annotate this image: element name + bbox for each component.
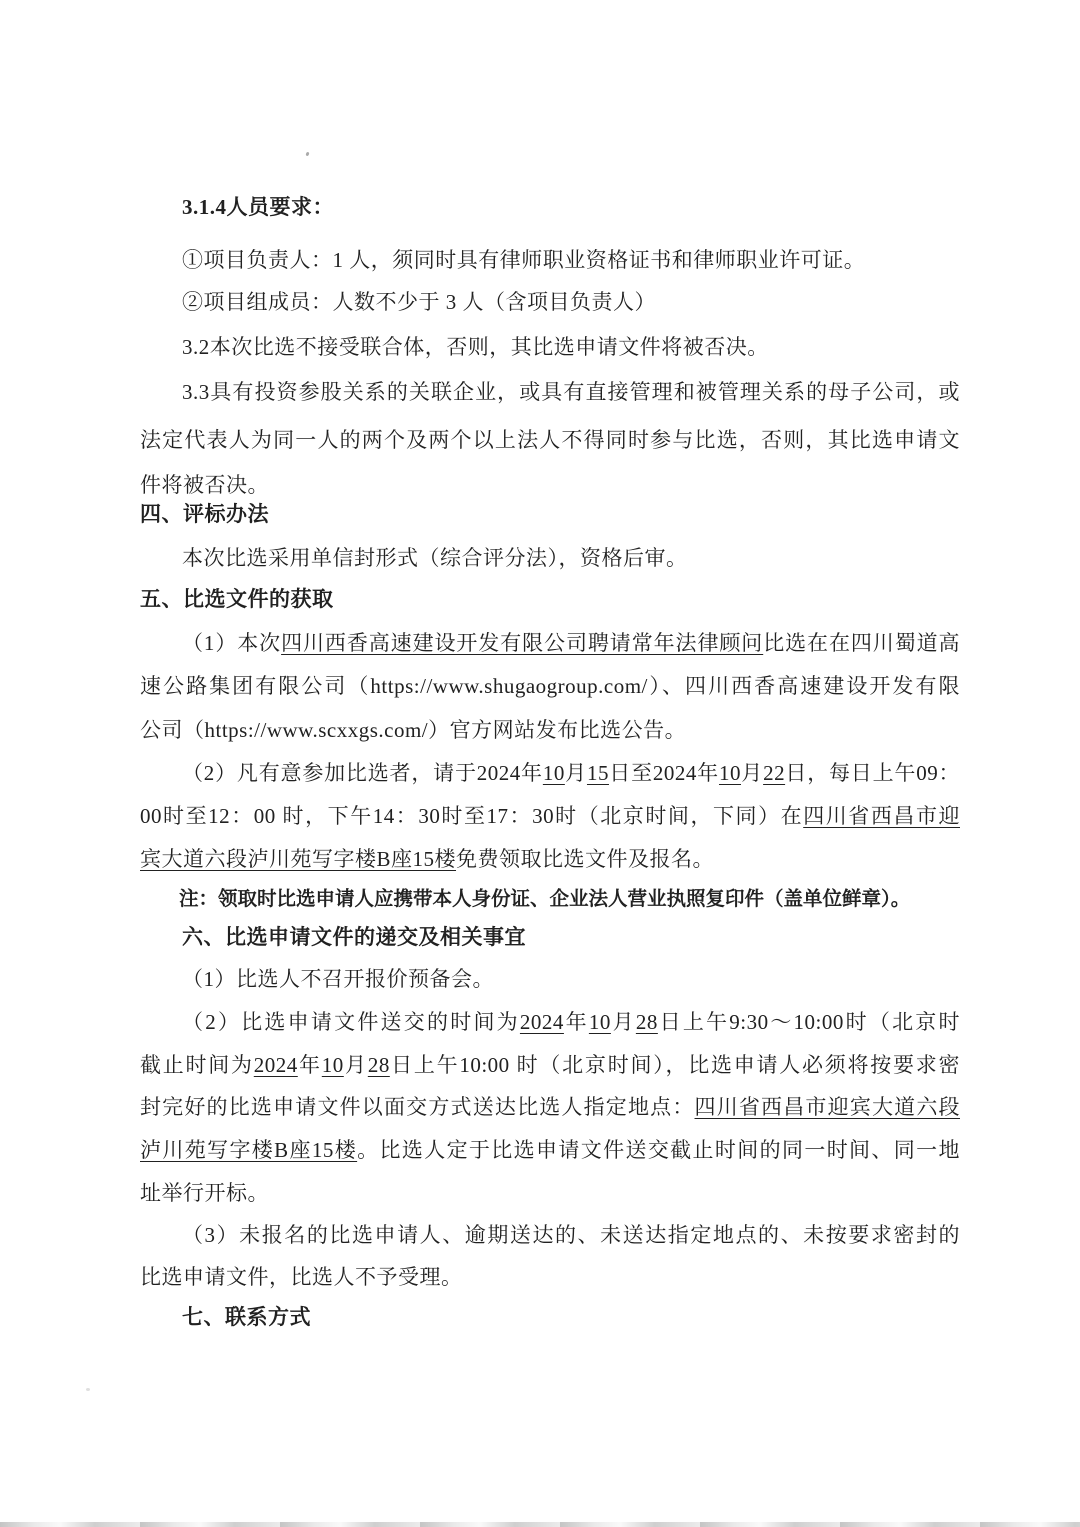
text-run: 。比选人定于比选申请文件送交截止时间的同一时间、同一地 xyxy=(357,1138,960,1162)
section-6-item-2-line2: 截止时间为2024年10月28日上午10:00 时（北京时间），比选申请人必须将… xyxy=(140,1044,960,1087)
text-run: （2）比选申请文件送交的时间为 xyxy=(182,1010,520,1034)
underlined-text-run: 10 xyxy=(322,1053,344,1077)
text-run: 日至2024年 xyxy=(609,761,719,785)
text-run: 月 xyxy=(611,1010,636,1034)
section-5-item-2-line3: 宾大道六段泸川苑写字楼B座15楼免费领取比选文件及报名。 xyxy=(140,838,960,881)
text-run: 3.2本次比选不接受联合体，否则，其比选申请文件将被否决。 xyxy=(182,335,769,359)
note-line: 注：领取时比选申请人应携带本人身份证、企业法人营业执照复印件（盖单位鲜章）。 xyxy=(140,878,960,921)
heading-3-1-4: 3.1.4人员要求： xyxy=(140,186,960,229)
text-run: 址举行开标。 xyxy=(140,1181,269,1205)
underlined-text-run: 2024 xyxy=(520,1010,564,1034)
text-run: 月 xyxy=(565,761,587,785)
underlined-text-run: 四川省西昌市迎宾大道六段 xyxy=(695,1095,960,1119)
text-run: 截止时间为 xyxy=(140,1053,254,1077)
scan-artifact-speck xyxy=(305,152,309,157)
text-run: （2）凡有意参加比选者，请于2024年 xyxy=(182,761,543,785)
underlined-text-run: 泸川苑写字楼B座15楼 xyxy=(140,1138,357,1162)
text-run: 3.1.4人员要求： xyxy=(182,195,334,219)
text-run: 月 xyxy=(741,761,763,785)
text-run: 四、评标办法 xyxy=(140,502,269,526)
document-body: 3.1.4人员要求：①项目负责人：1 人，须同时具有律师职业资格证书和律师职业许… xyxy=(140,186,960,1339)
scan-bottom-edge-artifact xyxy=(0,1522,1080,1527)
heading-section-5: 五、比选文件的获取 xyxy=(140,578,960,621)
underlined-text-run: 宾大道六段泸川苑写字楼B座15楼 xyxy=(140,847,456,871)
text-run: 比选在在四川蜀道高 xyxy=(763,631,960,655)
text-run: ①项目负责人：1 人，须同时具有律师职业资格证书和律师职业许可证。 xyxy=(182,248,865,272)
underlined-text-run: 2024 xyxy=(254,1053,298,1077)
scan-artifact-speck xyxy=(86,1388,90,1391)
section-5-item-1-line2: 速公路集团有限公司（https://www.shugaogroup.com/）、… xyxy=(140,665,960,708)
text-run: 注：领取时比选申请人应携带本人身份证、企业法人营业执照复印件（盖单位鲜章）。 xyxy=(179,889,910,910)
section-6-item-2-line4: 泸川苑写字楼B座15楼。比选人定于比选申请文件送交截止时间的同一时间、同一地 xyxy=(140,1129,960,1172)
text-run: 月 xyxy=(344,1053,368,1077)
clause-3-3-line1: 3.3具有投资参股关系的关联企业，或具有直接管理和被管理关系的母子公司，或 xyxy=(140,371,960,414)
clause-3-3-line2: 法定代表人为同一人的两个及两个以上法人不得同时参与比选，否则，其比选申请文 xyxy=(140,419,960,462)
text-run: 五、比选文件的获取 xyxy=(140,587,334,611)
text-run: 年 xyxy=(564,1010,589,1034)
underlined-text-run: 四川西香高速建设开发有限公司聘请常年法律顾问 xyxy=(281,631,763,655)
section-5-item-2-line1: （2）凡有意参加比选者，请于2024年10月15日至2024年10月22日，每日… xyxy=(140,752,960,795)
underlined-text-run: 10 xyxy=(589,1010,611,1034)
underlined-text-run: 四川省西昌市迎 xyxy=(803,804,960,828)
clause-3-2: 3.2本次比选不接受联合体，否则，其比选申请文件将被否决。 xyxy=(140,326,960,369)
text-run: 00时至12：00 时，下午14：30时至17：30时（北京时间，下同）在 xyxy=(140,804,803,828)
underlined-text-run: 28 xyxy=(636,1010,658,1034)
text-run: 六、比选申请文件的递交及相关事宜 xyxy=(182,925,526,949)
text-run: 封完好的比选申请文件以面交方式送达比选人指定地点： xyxy=(140,1095,695,1119)
text-run: （1）本次 xyxy=(182,631,281,655)
underlined-text-run: 15 xyxy=(587,761,609,785)
item-project-leader: ①项目负责人：1 人，须同时具有律师职业资格证书和律师职业许可证。 xyxy=(140,239,960,282)
text-run: 法定代表人为同一人的两个及两个以上法人不得同时参与比选，否则，其比选申请文 xyxy=(140,428,960,452)
text-run: 年 xyxy=(298,1053,322,1077)
text-run: （3）未报名的比选申请人、逾期送达的、未送达指定地点的、未按要求密封的 xyxy=(182,1223,960,1247)
text-run: （1）比选人不召开报价预备会。 xyxy=(182,967,494,991)
text-run: 七、联系方式 xyxy=(182,1305,311,1329)
section-6-item-1: （1）比选人不召开报价预备会。 xyxy=(140,958,960,1001)
section-6-item-3-line2: 比选申请文件，比选人不予受理。 xyxy=(140,1256,960,1299)
section-6-item-2-line3: 封完好的比选申请文件以面交方式送达比选人指定地点：四川省西昌市迎宾大道六段 xyxy=(140,1086,960,1129)
section-6-item-2-line1: （2）比选申请文件送交的时间为2024年10月28日上午9:30～10:00时（… xyxy=(140,1001,960,1044)
section-5-item-2-line2: 00时至12：00 时，下午14：30时至17：30时（北京时间，下同）在四川省… xyxy=(140,795,960,838)
section-6-item-3-line1: （3）未报名的比选申请人、逾期送达的、未送达指定地点的、未按要求密封的 xyxy=(140,1214,960,1257)
section-6-item-2-line5: 址举行开标。 xyxy=(140,1172,960,1215)
underlined-text-run: 10 xyxy=(543,761,565,785)
text-run: 日上午10:00 时（北京时间），比选申请人必须将按要求密 xyxy=(390,1053,960,1077)
text-run: 免费领取比选文件及报名。 xyxy=(456,847,714,871)
text-run: ②项目组成员：人数不少于 3 人（含项目负责人） xyxy=(182,290,656,314)
underlined-text-run: 10 xyxy=(719,761,741,785)
text-run: 日，每日上午09： xyxy=(785,761,960,785)
document-page: 3.1.4人员要求：①项目负责人：1 人，须同时具有律师职业资格证书和律师职业许… xyxy=(0,0,1080,1527)
text-run: 比选申请文件，比选人不予受理。 xyxy=(140,1265,463,1289)
text-run: 公司（https://www.scxxgs.com/）官方网站发布比选公告。 xyxy=(140,718,686,742)
text-run: 本次比选采用单信封形式（综合评分法），资格后审。 xyxy=(182,546,688,570)
text-run: 速公路集团有限公司（https://www.shugaogroup.com/）、… xyxy=(140,674,960,698)
heading-section-4: 四、评标办法 xyxy=(140,493,960,536)
underlined-text-run: 28 xyxy=(368,1053,390,1077)
heading-section-6: 六、比选申请文件的递交及相关事宜 xyxy=(140,916,960,959)
heading-section-7: 七、联系方式 xyxy=(140,1296,960,1339)
underlined-text-run: 22 xyxy=(763,761,785,785)
item-project-members: ②项目组成员：人数不少于 3 人（含项目负责人） xyxy=(140,281,960,324)
section-4-body: 本次比选采用单信封形式（综合评分法），资格后审。 xyxy=(140,537,960,580)
section-5-item-1-line1: （1）本次四川西香高速建设开发有限公司聘请常年法律顾问比选在在四川蜀道高 xyxy=(140,622,960,665)
text-run: 3.3具有投资参股关系的关联企业，或具有直接管理和被管理关系的母子公司，或 xyxy=(182,380,960,404)
section-5-item-1-line3: 公司（https://www.scxxgs.com/）官方网站发布比选公告。 xyxy=(140,709,960,752)
